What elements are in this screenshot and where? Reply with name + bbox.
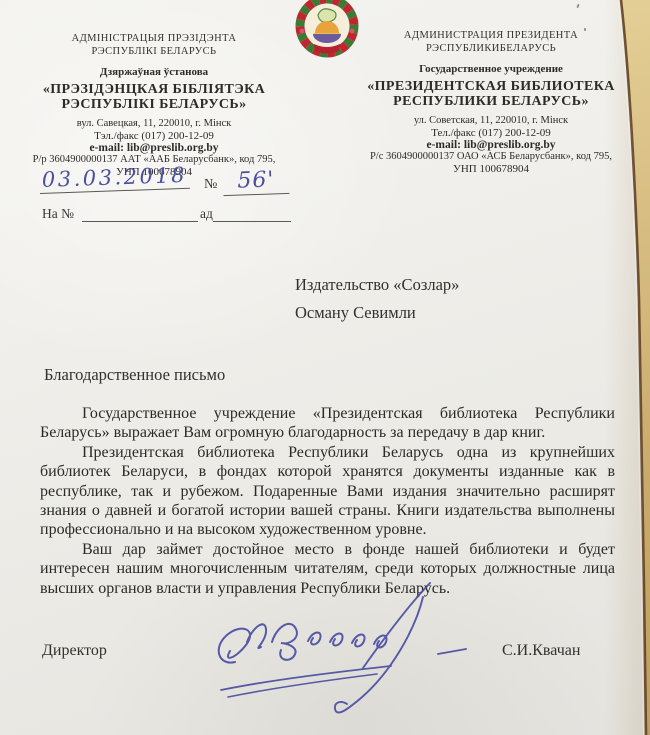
paper-speck	[576, 4, 579, 8]
reference-row-date: 03.03.2018№56'	[40, 168, 289, 200]
signer-name: С.И.Квачан	[502, 642, 580, 660]
recipient-block: Издательство «Созлар» Осману Севимли	[295, 271, 459, 327]
belarus-coat-of-arms-icon	[291, 0, 363, 58]
reply-from-label: ад	[200, 206, 213, 221]
letter-body: Государственное учреждение «Президентска…	[40, 404, 615, 598]
handwritten-date: 03.03.2018	[39, 163, 190, 194]
org-unp: УНП 100678904	[354, 163, 628, 175]
org-address: вул. Савецкая, 11, 220010, г. Мінск	[22, 118, 286, 130]
letter-subject: Благодарственное письмо	[44, 365, 225, 385]
reply-number-blank	[82, 207, 198, 222]
recipient-organization: Издательство «Созлар»	[295, 271, 459, 299]
org-name: «ПРЕЗИДЕНТСКАЯ БИБЛИОТЕКА	[354, 80, 628, 94]
org-phone: Тэл./факс (017) 200-12-09	[22, 130, 286, 142]
org-name: РЭСПУБЛІКІ БЕЛАРУСЬ»	[22, 98, 286, 112]
institution-type: Дзяржаўная ўстанова	[22, 66, 286, 79]
institution-type: Государственное учреждение	[354, 63, 628, 76]
scanned-letter-photo: АДМІНІСТРАЦЫЯ ПРЭЗІДЭНТА РЭСПУБЛІКІ БЕЛА…	[0, 0, 650, 735]
body-paragraph: Президентская библиотека Республики Бела…	[40, 443, 615, 540]
admin-line: РЭСПУБЛІКІ БЕЛАРУСЬ	[22, 45, 286, 58]
reference-row-reply: На №ад	[42, 206, 291, 222]
handwritten-number: 56'	[223, 167, 290, 196]
reply-date-blank	[213, 207, 291, 222]
body-paragraph: Государственное учреждение «Президентска…	[40, 404, 615, 443]
number-label: №	[204, 177, 217, 195]
org-bank-account: Р/с 3604900000137 ОАО «АСБ Беларусбанк»,…	[354, 151, 628, 163]
recipient-person: Осману Севимли	[295, 299, 459, 327]
letterhead-russian: АДМИНИСТРАЦИЯ ПРЕЗИДЕНТА РЭСПУБЛИКИБЕЛАР…	[354, 29, 628, 175]
admin-line: АДМІНІСТРАЦЫЯ ПРЭЗІДЭНТА	[22, 32, 286, 45]
org-name: РЕСПУБЛИКИ БЕЛАРУСЬ»	[354, 95, 628, 109]
org-phone: Тел./факс (017) 200-12-09	[354, 127, 628, 139]
body-paragraph: Ваш дар займет достойное место в фонде н…	[40, 540, 615, 598]
org-email: e-mail: lib@preslib.org.by	[354, 139, 628, 151]
org-email: e-mail: lib@preslib.org.by	[22, 142, 286, 154]
paper-speck	[584, 28, 587, 31]
letter-paper: АДМІНІСТРАЦЫЯ ПРЭЗІДЭНТА РЭСПУБЛІКІ БЕЛА…	[0, 0, 650, 735]
reply-label: На №	[42, 206, 74, 221]
org-address: ул. Советская, 11, 220010, г. Мінск	[354, 115, 628, 127]
signer-position: Директор	[42, 642, 107, 660]
letterhead-belarusian: АДМІНІСТРАЦЫЯ ПРЭЗІДЭНТА РЭСПУБЛІКІ БЕЛА…	[22, 32, 286, 178]
admin-line: РЭСПУБЛИКИБЕЛАРУСЬ	[354, 42, 628, 55]
org-name: «ПРЭЗІДЭНЦКАЯ БІБЛІЯТЭКА	[22, 83, 286, 97]
admin-line: АДМИНИСТРАЦИЯ ПРЕЗИДЕНТА	[354, 29, 628, 42]
